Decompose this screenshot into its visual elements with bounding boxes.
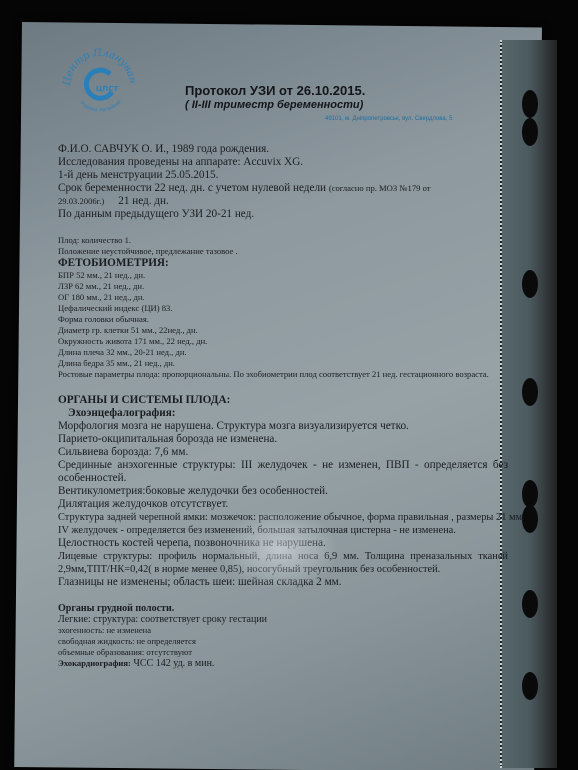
logo-text-top: Центр Планування: [58, 40, 138, 86]
document-subtitle: ( II-III триместр беременности): [185, 99, 365, 111]
patient-name: Ф.И.О. САВЧУК О. И., 1989 года рождения.: [58, 143, 518, 156]
biometry-row: Длина бедра 35 мм., 21 нед., дн.: [58, 358, 518, 369]
punch-hole: [522, 378, 538, 406]
document-title: Протокол УЗИ от 26.10.2015.: [185, 83, 365, 98]
echo-line: Сильвиева борозда: 7,6 мм.: [58, 446, 518, 459]
biometry-row: БПР 52 мм., 21 нед., дн.: [58, 270, 518, 281]
clinic-logo: Центр Планування Родини Латвійної ЦПСТ: [58, 40, 142, 124]
punch-hole: [522, 118, 538, 146]
echo-line: IV желудочек - определяется без изменени…: [58, 524, 518, 537]
term-line-2: 29.03.2006г.) 21 нед. дн.: [58, 195, 518, 208]
title-block: Протокол УЗИ от 26.10.2015. ( II-III три…: [185, 83, 365, 111]
previous-us-line: По данным предыдущего УЗИ 20-21 нед.: [58, 208, 518, 221]
punch-hole: [522, 480, 538, 508]
echo-line: Целостность костей черепа, позвоночника …: [58, 537, 518, 550]
echo-line: Вентикулометрия:боковые желудочки без ос…: [58, 485, 518, 498]
biometry-row: Длина плеча 32 мм., 20-21 нед., дн.: [58, 347, 518, 358]
punch-hole: [522, 90, 538, 118]
term-line: Срок беременности 22 нед. дн. с учетом н…: [58, 182, 518, 195]
biometry-row: Диаметр гр. клетки 51 мм., 22нед., дн.: [58, 325, 518, 336]
biometry-row: ЛЗР 62 мм., 21 нед., дн.: [58, 281, 518, 292]
svg-text:Родини Латвійної: Родини Латвійної: [79, 99, 123, 114]
biometry-conclusion: Ростовые параметры плода: пропорциональн…: [58, 369, 508, 380]
echo-line: Структура задней черепной ямки: мозжечок…: [58, 511, 518, 524]
logo-mark: ЦПСТ: [96, 85, 118, 93]
organs-heading: ОРГАНЫ И СИСТЕМЫ ПЛОДА:: [58, 394, 518, 407]
chest-line: Легкие: структура: соответствует сроку г…: [58, 614, 518, 625]
echo-line: Срединные анэхогенные структуры: III жел…: [58, 459, 508, 485]
echo-line: Парието-окципитальная борозда не изменен…: [58, 433, 518, 446]
logo-text-bottom: Родини Латвійної: [79, 99, 123, 114]
device-line: Исследования проведены на аппарате: Accu…: [58, 156, 518, 169]
chest-line: объемные образования: отсутствуют: [58, 647, 518, 658]
document-body: Ф.И.О. САВЧУК О. И., 1989 года рождения.…: [58, 143, 518, 669]
chest-line: свободная жидкость: не определяется: [58, 636, 518, 647]
fetus-count: Плод: количество 1.: [58, 235, 518, 246]
svg-text:Центр Планування: Центр Планування: [58, 40, 138, 86]
clinic-address: 49101, м. Дніпропетровськ, вул. Свердлов…: [325, 116, 452, 122]
punch-hole: [522, 270, 538, 298]
chest-heading: Органы грудной полости.: [58, 603, 518, 614]
biometry-row: Форма головки обычная.: [58, 314, 518, 325]
biometry-row: Окружность живота 171 мм., 22 нед., дн.: [58, 336, 518, 347]
biometry-row: Цефалический индекс (ЦИ) 83.: [58, 303, 518, 314]
echo-line: Глазницы не изменены; область шеи: шейна…: [58, 576, 518, 589]
biometry-row: ОГ 180 мм., 21 нед., дн.: [58, 292, 518, 303]
fetobiometry-heading: ФЕТОБИОМЕТРИЯ:: [58, 257, 518, 270]
echo-line: Дилятация желудочков отсутствует.: [58, 498, 518, 511]
echo-heading: Эхоэнцефалография:: [58, 407, 518, 420]
echo-line: Морфология мозга не нарушена. Структура …: [58, 420, 518, 433]
punch-hole: [522, 590, 538, 618]
punch-hole: [522, 672, 538, 700]
echo-line: Лицевые структуры: профиль нормальный, д…: [58, 550, 508, 576]
echocardiography-line: Эхокардиография: ЧСС 142 уд. в мин.: [58, 658, 518, 669]
chest-line: эхогенность: не изменена: [58, 625, 518, 636]
lmp-line: 1-й день менструации 25.05.2015.: [58, 169, 518, 182]
fetus-position: Положение неустойчивое, предлежание тазо…: [58, 246, 518, 257]
